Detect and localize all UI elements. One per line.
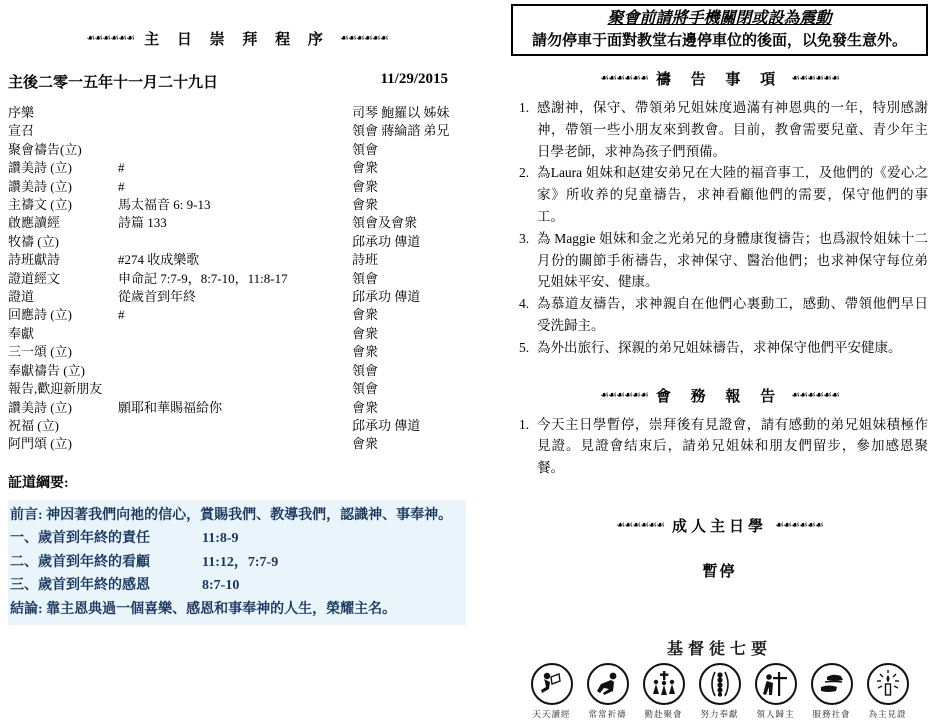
seven-essentials-title: 基督徒七要 [511, 636, 928, 659]
program-person: 邱承功 傳道 [352, 417, 466, 435]
program-row: 主禱文 (立)馬太福音 6: 9-13會衆 [8, 196, 466, 214]
program-person: 領會 [352, 141, 466, 159]
business-report-list: 1.今天主日學暫停，崇拜後有見證會，請有感動的弟兄姐妹積極作見證。見證會结束后，… [511, 414, 928, 479]
essential-item: 常常祈禱 [582, 663, 634, 720]
program-person: 會衆 [352, 196, 466, 214]
essential-item: 天天讀經 [526, 663, 578, 720]
ornament-right: ☙☙☙☙☙☙ [775, 520, 823, 531]
ornament-left: ☙☙☙☙☙☙ [86, 33, 134, 44]
program-row: 報告,歡迎新朋友領會 [8, 380, 466, 398]
program-item: 讚美詩 (立) [8, 178, 118, 196]
program-row: 讚美詩 (立)#會衆 [8, 178, 466, 196]
program-content [118, 325, 352, 343]
program-row: 證道從歲首到年終邱承功 傳道 [8, 288, 466, 306]
seven-essentials-row: 天天讀經 常常祈禱 勤赴聚會 [511, 663, 928, 720]
program-content [118, 362, 352, 380]
essential-item: 努力奉獻 [694, 663, 746, 720]
program-content [118, 435, 352, 453]
program-person: 領會及會衆 [352, 214, 466, 232]
program-content [118, 343, 352, 361]
notice-box: 聚會前請將手機關閉或設為震動 請勿停車于面對教堂右邊停車位的後面，以免發生意外。 [511, 4, 928, 56]
essential-label: 為主見證 [868, 708, 906, 720]
business-report-heading: ☙☙☙☙☙☙ 會 務 報 告 ☙☙☙☙☙☙ [511, 385, 928, 406]
program-item: 三一頌 (立) [8, 343, 118, 361]
date-chinese: 主後二零一五年十一月二十九日 [8, 71, 218, 92]
announcements-column: 聚會前請將手機關閉或設為震動 請勿停車于面對教堂右邊停車位的後面，以免發生意外。… [511, 0, 928, 581]
sermon-outline-box: 前言: 神因著我們向祂的信心，賞賜我們、教導我們，認識神、事奉神。 一、歲首到年… [8, 500, 466, 626]
program-row: 奉獻禱告 (立)領會 [8, 362, 466, 380]
program-item: 啟應讀經 [8, 214, 118, 232]
program-content: 從歲首到年終 [118, 288, 352, 306]
program-item: 序樂 [8, 104, 118, 122]
essential-label: 服務社會 [812, 708, 850, 720]
program-row: 證道經文申命記 7:7-9，8:7-10，11:8-17領會 [8, 270, 466, 288]
essential-label: 常常祈禱 [588, 708, 626, 720]
outline-conclusion: 結論: 靠主恩典過一個喜樂、感恩和事奉神的人生，榮耀主名。 [10, 598, 462, 622]
praying-icon [587, 663, 629, 705]
prayer-item: 3.為 Maggie 姐妹和金之光弟兄的身體康復禱告；也爲淑怜姐妹十二月份的關節… [511, 228, 928, 293]
program-row: 阿門頌 (立)會衆 [8, 435, 466, 453]
program-item: 祝福 (立) [8, 417, 118, 435]
program-content: 申命記 7:7-9，8:7-10，11:8-17 [118, 270, 352, 288]
program-item: 詩班獻詩 [8, 251, 118, 269]
program-item: 回應詩 (立) [8, 306, 118, 324]
program-person: 領會 [352, 380, 466, 398]
essential-label: 努力奉獻 [700, 708, 738, 720]
program-content: 馬太福音 6: 9-13 [118, 196, 352, 214]
prayer-heading-text: 禱 告 事 項 [656, 68, 783, 89]
program-content [118, 417, 352, 435]
scripture-ref: 8:7-10 [202, 578, 239, 593]
program-row: 回應詩 (立)#會衆 [8, 306, 466, 324]
reading-bible-icon [531, 663, 573, 705]
program-content [118, 104, 352, 122]
essential-label: 天天讀經 [532, 708, 570, 720]
business-heading-text: 會 務 報 告 [656, 385, 783, 406]
scripture-ref: 11:8-9 [202, 531, 239, 546]
program-row: 聚會禱告(立)領會 [8, 141, 466, 159]
program-content: 詩篇 133 [118, 214, 352, 232]
adult-sunday-school-heading: ☙☙☙☙☙☙ 成人主日學 ☙☙☙☙☙☙ [511, 515, 928, 536]
essential-item: 勤赴聚會 [638, 663, 690, 720]
prayer-item: 4.為慕道友禱告，求神親自在他們心裏動工，感動、帶領他們早日受洗歸主。 [511, 293, 928, 337]
ornament-left: ☙☙☙☙☙☙ [616, 520, 664, 531]
program-item: 聚會禱告(立) [8, 141, 118, 159]
prayer-item: 2.為Laura 姐妹和赵建安弟兄在大陸的福音事工，及他們的《爱心之家》所收养的… [511, 162, 928, 227]
program-person: 會衆 [352, 435, 466, 453]
essential-label: 勤赴聚會 [644, 708, 682, 720]
program-row: 牧禱 (立)邱承功 傳道 [8, 233, 466, 251]
lead-to-lord-icon [755, 663, 797, 705]
program-row: 三一頌 (立)會衆 [8, 343, 466, 361]
program-item: 奉獻禱告 (立) [8, 362, 118, 380]
offering-icon [699, 663, 741, 705]
program-item: 報告,歡迎新朋友 [8, 380, 118, 398]
program-person: 會衆 [352, 178, 466, 196]
program-item: 牧禱 (立) [8, 233, 118, 251]
program-row: 宣召領會 蔣綸諮 弟兄 [8, 122, 466, 140]
ornament-right: ☙☙☙☙☙☙ [791, 390, 839, 401]
program-item: 讚美詩 (立) [8, 159, 118, 177]
program-row: 讚美詩 (立)願耶和華賜福給你會衆 [8, 399, 466, 417]
program-content: #274 收成樂歌 [118, 251, 352, 269]
bulletin-page: ☙☙☙☙☙☙ 主 日 崇 拜 程 序 ☙☙☙☙☙☙ 主後二零一五年十一月二十九日… [0, 0, 931, 723]
program-person: 領會 [352, 270, 466, 288]
program-person: 會衆 [352, 306, 466, 324]
program-person: 會衆 [352, 325, 466, 343]
program-content: 願耶和華賜福給你 [118, 399, 352, 417]
program-item: 主禱文 (立) [8, 196, 118, 214]
sermon-outline-label: 証道綱要: [8, 472, 466, 492]
program-item: 證道經文 [8, 270, 118, 288]
program-item: 證道 [8, 288, 118, 306]
program-person: 邱承功 傳道 [352, 288, 466, 306]
prayer-item: 1.感謝神，保守、帶領弟兄姐妹度過滿有神恩典的一年，特別感謝神，帶領一些小朋友來… [511, 97, 928, 162]
witness-candle-icon [867, 663, 909, 705]
program-content [118, 380, 352, 398]
essential-item: 服務社會 [806, 663, 858, 720]
prayer-item: 5.為外出旅行、探親的弟兄姐妹禱告，求神保守他們平安健康。 [511, 337, 928, 359]
ornament-left: ☙☙☙☙☙☙ [600, 73, 648, 84]
worship-program-column: ☙☙☙☙☙☙ 主 日 崇 拜 程 序 ☙☙☙☙☙☙ 主後二零一五年十一月二十九日… [8, 0, 466, 625]
program-item: 奉獻 [8, 325, 118, 343]
program-item: 宣召 [8, 122, 118, 140]
essential-item: 領人歸主 [750, 663, 802, 720]
essential-item: 為主見證 [862, 663, 914, 720]
outline-point-1: 一、歲首到年終的責任11:8-9 [10, 527, 462, 551]
page-title: 主 日 崇 拜 程 序 [144, 28, 330, 49]
worship-program-title: ☙☙☙☙☙☙ 主 日 崇 拜 程 序 ☙☙☙☙☙☙ [8, 28, 466, 49]
outline-point-3: 三、歲首到年終的感恩8:7-10 [10, 574, 462, 598]
program-item: 讚美詩 (立) [8, 399, 118, 417]
program-item: 阿門頌 (立) [8, 435, 118, 453]
program-content [118, 233, 352, 251]
program-person: 詩班 [352, 251, 466, 269]
program-content: # [118, 178, 352, 196]
phone-off-notice: 聚會前請將手機關閉或設為震動 [517, 8, 922, 30]
ornament-right: ☙☙☙☙☙☙ [340, 33, 388, 44]
program-person: 領會 蔣綸諮 弟兄 [352, 122, 466, 140]
program-person: 領會 [352, 362, 466, 380]
prayer-items-list: 1.感謝神，保守、帶領弟兄姐妹度過滿有神恩典的一年，特別感謝神，帶領一些小朋友來… [511, 97, 928, 359]
program-content: # [118, 159, 352, 177]
outline-point-2: 二、歲首到年終的看顧11:12，7:7-9 [10, 551, 462, 575]
scripture-ref: 11:12，7:7-9 [202, 555, 278, 570]
program-list: 序樂司琴 鮑羅以 姊妹 宣召領會 蔣綸諮 弟兄 聚會禱告(立)領會 讚美詩 (立… [8, 104, 466, 454]
program-row: 祝福 (立)邱承功 傳道 [8, 417, 466, 435]
program-person: 會衆 [352, 343, 466, 361]
serve-society-icon [811, 663, 853, 705]
program-content: # [118, 306, 352, 324]
program-content [118, 141, 352, 159]
program-row: 詩班獻詩#274 收成樂歌詩班 [8, 251, 466, 269]
program-person: 邱承功 傳道 [352, 233, 466, 251]
ornament-left: ☙☙☙☙☙☙ [600, 390, 648, 401]
program-row: 序樂司琴 鮑羅以 姊妹 [8, 104, 466, 122]
program-person: 會衆 [352, 399, 466, 417]
program-row: 奉獻會衆 [8, 325, 466, 343]
parking-notice: 請勿停車于面對教堂右邊停車位的後面，以免發生意外。 [517, 30, 922, 52]
prayer-items-heading: ☙☙☙☙☙☙ 禱 告 事 項 ☙☙☙☙☙☙ [511, 68, 928, 89]
essential-label: 領人歸主 [756, 708, 794, 720]
date-western: 11/29/2015 [380, 71, 448, 92]
school-status: 暫停 [511, 560, 928, 581]
ornament-right: ☙☙☙☙☙☙ [791, 73, 839, 84]
program-row: 啟應讀經詩篇 133領會及會衆 [8, 214, 466, 232]
program-content [118, 122, 352, 140]
program-person: 司琴 鮑羅以 姊妹 [352, 104, 466, 122]
outline-intro: 前言: 神因著我們向祂的信心，賞賜我們、教導我們，認識神、事奉神。 [10, 504, 462, 528]
attend-meeting-icon [643, 663, 685, 705]
seven-essentials: 基督徒七要 天天讀經 常常祈禱 [511, 636, 928, 720]
program-row: 讚美詩 (立)#會衆 [8, 159, 466, 177]
school-heading-text: 成人主日學 [672, 515, 767, 536]
business-item: 1.今天主日學暫停，崇拜後有見證會，請有感動的弟兄姐妹積極作見證。見證會结束后，… [511, 414, 928, 479]
date-line: 主後二零一五年十一月二十九日 11/29/2015 [8, 71, 466, 92]
program-person: 會衆 [352, 159, 466, 177]
